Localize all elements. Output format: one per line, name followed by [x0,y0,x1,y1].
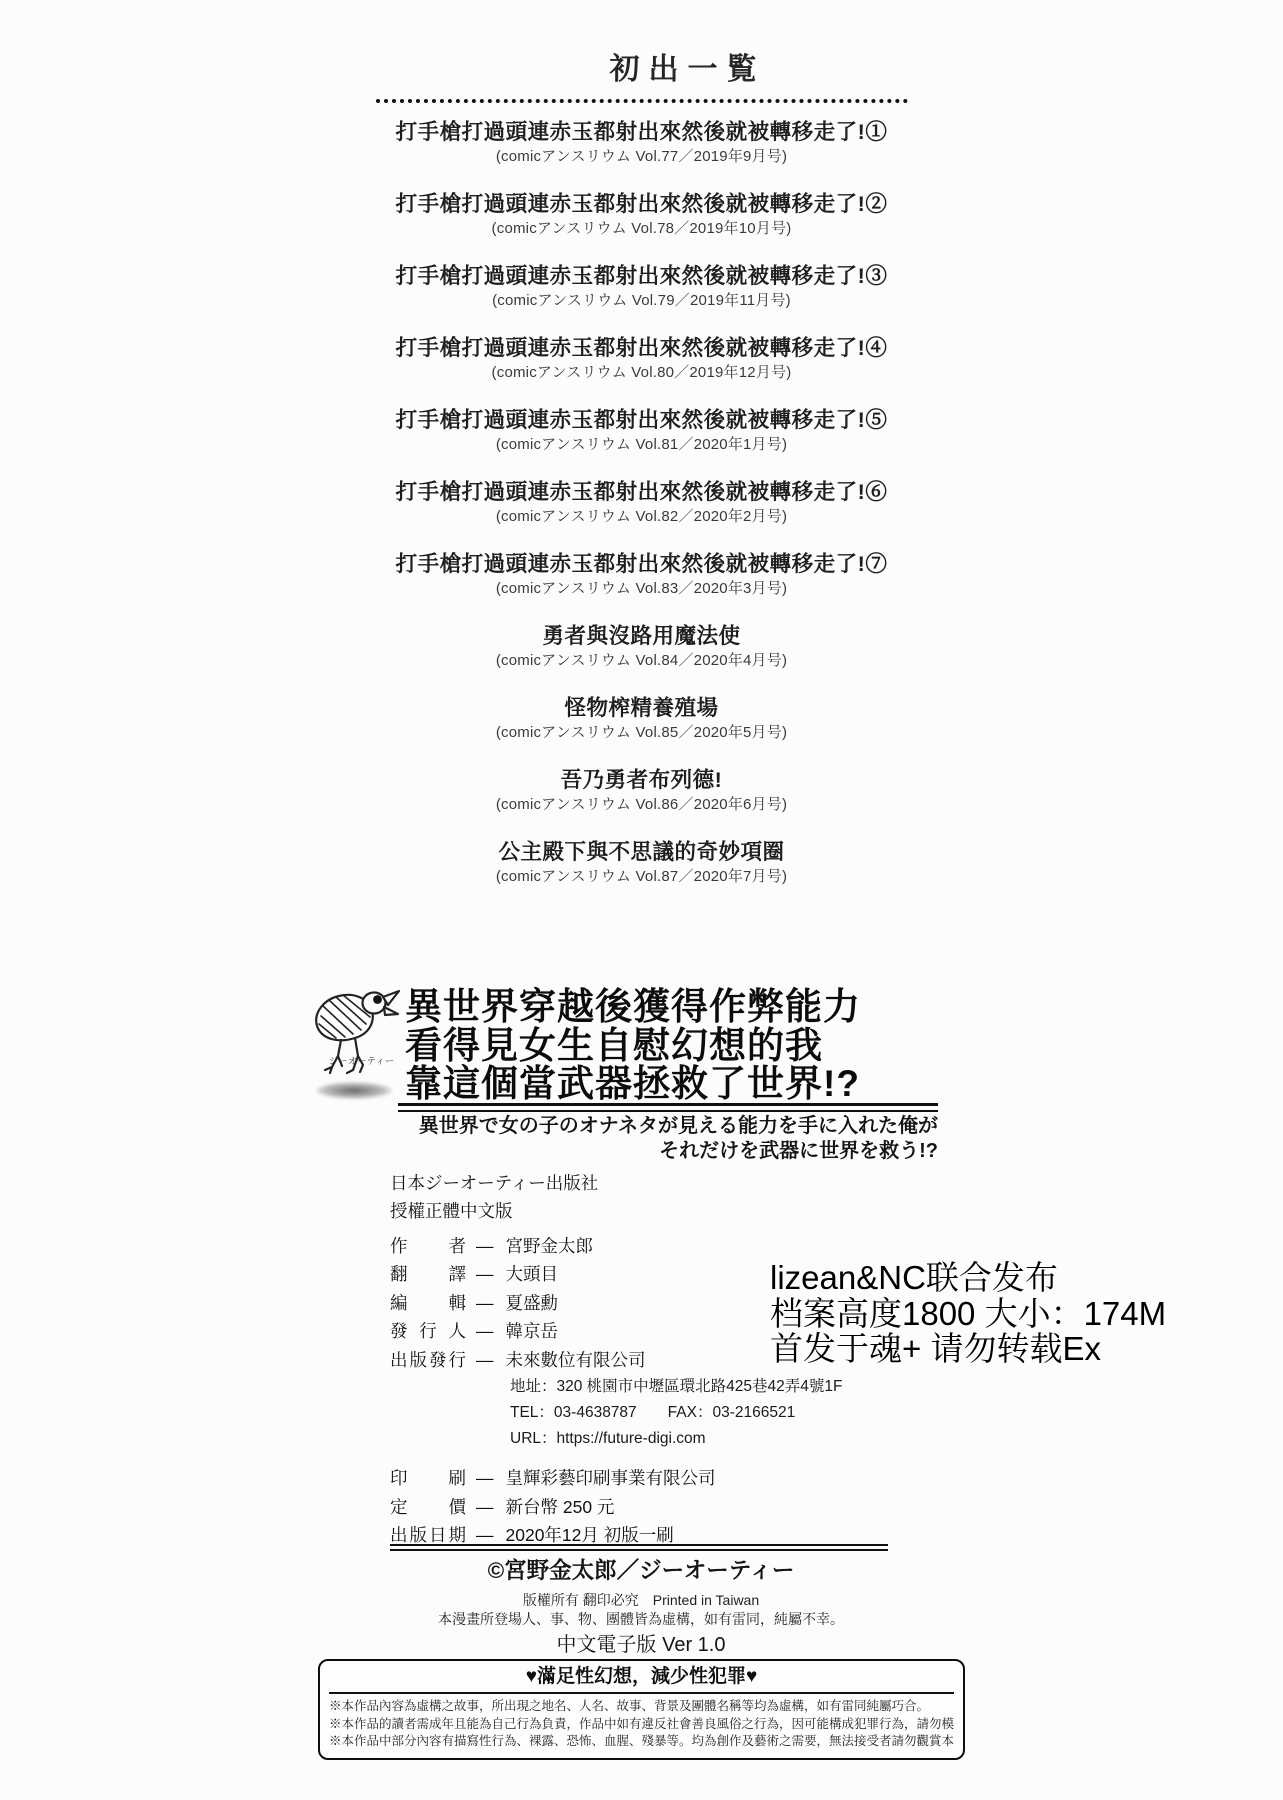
dotted-divider [376,99,908,103]
watermark-line: 首发于魂+ 请勿转载Ex [770,1331,1166,1367]
colophon-page: 初出一覧 打手槍打過頭連赤玉都射出來然後就被轉移走了!① (comicアンスリウ… [0,0,1283,1800]
watermark-line: 档案高度1800 大小：174M [770,1296,1166,1332]
japanese-subtitle-line: それだけを武器に世界を救う!? [398,1139,938,1164]
list-item: 打手槍打過頭連赤玉都射出來然後就被轉移走了!② (comicアンスリウム Vol… [0,191,1283,239]
credit-dash: — [476,1289,494,1317]
scanlation-watermark: lizean&NC联合发布 档案高度1800 大小：174M 首发于魂+ 请勿转… [770,1260,1166,1367]
list-item: 打手槍打過頭連赤玉都射出來然後就被轉移走了!① (comicアンスリウム Vol… [0,119,1283,167]
chapter-title: 打手槍打過頭連赤玉都射出來然後就被轉移走了!⑦ [0,551,1283,577]
chapter-title: 打手槍打過頭連赤玉都射出來然後就被轉移走了!③ [0,263,1283,289]
credit-dash: — [476,1346,494,1374]
url-line: URL：https://future-digi.com [510,1426,970,1452]
list-item: 打手槍打過頭連赤玉都射出來然後就被轉移走了!⑥ (comicアンスリウム Vol… [0,479,1283,527]
publisher-address: 地址：320 桃園市中壢區環北路425巷42弄4號1F TEL：03-46387… [510,1374,970,1451]
chapter-source: (comicアンスリウム Vol.86／2020年6月号) [0,794,1283,815]
chapter-title: 打手槍打過頭連赤玉都射出來然後就被轉移走了!⑤ [0,407,1283,433]
credit-row: 作者—宮野金太郎 [390,1232,970,1260]
chapter-title: 打手槍打過頭連赤玉都射出來然後就被轉移走了!① [0,119,1283,145]
list-item: 公主殿下與不思議的奇妙項圈 (comicアンスリウム Vol.87／2020年7… [0,839,1283,887]
credit-value: 大頭目 [506,1264,559,1284]
copyright-line: ©宮野金太郎／ジーオーティー [300,1556,982,1586]
credit-dash: — [476,1232,494,1260]
japanese-subtitle: 異世界で女の子のオナネタが見える能力を手に入れた俺が それだけを武器に世界を救う… [398,1114,938,1163]
chapter-title: 打手槍打過頭連赤玉都射出來然後就被轉移走了!⑥ [0,479,1283,505]
credit-value: 宮野金太郎 [506,1236,594,1256]
credit-value: 夏盛勳 [506,1293,559,1313]
chapter-source: (comicアンスリウム Vol.80／2019年12月号) [0,362,1283,383]
first-publication-list: 初出一覧 打手槍打過頭連赤玉都射出來然後就被轉移走了!① (comicアンスリウ… [0,44,1283,911]
bird-icon [303,986,403,1086]
copyright-block: ©宮野金太郎／ジーオーティー 版權所有 翻印必究 Printed in Taiw… [300,1556,982,1658]
fiction-disclaimer-line: 本漫畫所登場人、事、物、團體皆為虛構，如有雷同，純屬不幸。 [300,1610,982,1629]
got-bird-logo: ジーオーティー [303,986,403,1106]
book-title-line: 異世界穿越後獲得作弊能力 [405,988,861,1027]
list-item: 打手槍打過頭連赤玉都射出來然後就被轉移走了!⑦ (comicアンスリウム Vol… [0,551,1283,599]
list-item: 打手槍打過頭連赤玉都射出來然後就被轉移走了!⑤ (comicアンスリウム Vol… [0,407,1283,455]
rights-line: 版權所有 翻印必究 Printed in Taiwan [300,1591,982,1610]
print-credits: 印刷—皇輝彩藝印刷事業有限公司 定價—新台幣 250 元 出版日期—2020年1… [390,1464,970,1549]
chapter-title: 吾乃勇者布列德! [0,767,1283,793]
chapter-source: (comicアンスリウム Vol.79／2019年11月号) [0,290,1283,311]
title-divider [398,1103,938,1112]
japanese-subtitle-line: 異世界で女の子のオナネタが見える能力を手に入れた俺が [398,1114,938,1139]
first-publication-heading: 初出一覧 [46,44,1283,88]
disclaimer-heading: ♥滿足性幻想，減少性犯罪♥ [329,1664,954,1694]
book-title-line: 靠這個當武器拯救了世界!? [405,1065,861,1104]
chapter-title: 打手槍打過頭連赤玉都射出來然後就被轉移走了!④ [0,335,1283,361]
chapter-source: (comicアンスリウム Vol.82／2020年2月号) [0,506,1283,527]
credit-label: 作者 [390,1232,466,1260]
disclaimer-line: ※本作品內容為虛構之故事，所出現之地名、人名、故事、背景及團體名稱等均為虛構，如… [329,1698,954,1716]
credit-value: 2020年12月 初版一刷 [506,1525,674,1545]
list-item: 勇者與沒路用魔法使 (comicアンスリウム Vol.84／2020年4月号) [0,623,1283,671]
got-logo-text: ジーオーティー [329,1054,395,1067]
publisher-name: 日本ジーオーティー出版社 [390,1170,970,1198]
disclaimer-lines: ※本作品內容為虛構之故事，所出現之地名、人名、故事、背景及團體名稱等均為虛構，如… [329,1698,954,1751]
address-line: 地址：320 桃園市中壢區環北路425巷42弄4號1F [510,1374,970,1400]
book-title-line: 看得見女生自慰幻想的我 [405,1027,861,1066]
disclaimer-box: ♥滿足性幻想，減少性犯罪♥ ※本作品內容為虛構之故事，所出現之地名、人名、故事、… [318,1659,965,1760]
chapter-source: (comicアンスリウム Vol.77／2019年9月号) [0,146,1283,167]
credit-value: 皇輝彩藝印刷事業有限公司 [506,1468,716,1488]
chapter-source: (comicアンスリウム Vol.78／2019年10月号) [0,218,1283,239]
disclaimer-line: ※本作品中部分內容有描寫性行為、裸露、恐怖、血腥、殘暴等。均為創作及藝術之需要，… [329,1733,954,1751]
double-divider [390,1544,888,1551]
credit-dash: — [476,1317,494,1345]
chapter-title: 打手槍打過頭連赤玉都射出來然後就被轉移走了!② [0,191,1283,217]
credit-dash: — [476,1260,494,1288]
list-item: 吾乃勇者布列德! (comicアンスリウム Vol.86／2020年6月号) [0,767,1283,815]
version-line: 中文電子版 Ver 1.0 [300,1632,982,1658]
chapter-title: 勇者與沒路用魔法使 [0,623,1283,649]
chapter-title: 公主殿下與不思議的奇妙項圈 [0,839,1283,865]
book-title: 異世界穿越後獲得作弊能力 看得見女生自慰幻想的我 靠這個當武器拯救了世界!? [405,988,861,1104]
phone-line: TEL：03-4638787 FAX：03-2166521 [510,1400,970,1426]
list-item: 打手槍打過頭連赤玉都射出來然後就被轉移走了!④ (comicアンスリウム Vol… [0,335,1283,383]
credit-label: 出版發行 [390,1346,466,1374]
license-line: 授權正體中文版 [390,1198,970,1226]
credit-value: 新台幣 250 元 [506,1497,615,1517]
credit-row: 印刷—皇輝彩藝印刷事業有限公司 [390,1464,970,1492]
credit-dash: — [476,1464,494,1492]
watermark-line: lizean&NC联合发布 [770,1260,1166,1296]
list-item: 打手槍打過頭連赤玉都射出來然後就被轉移走了!③ (comicアンスリウム Vol… [0,263,1283,311]
chapter-source: (comicアンスリウム Vol.85／2020年5月号) [0,722,1283,743]
chapter-source: (comicアンスリウム Vol.84／2020年4月号) [0,650,1283,671]
chapter-source: (comicアンスリウム Vol.81／2020年1月号) [0,434,1283,455]
credit-label: 定價 [390,1493,466,1521]
list-item: 怪物榨精養殖場 (comicアンスリウム Vol.85／2020年5月号) [0,695,1283,743]
chapter-title: 怪物榨精養殖場 [0,695,1283,721]
disclaimer-line: ※本作品的讀者需成年且能為自己行為負責，作品中如有違反社會善良風俗之行為，因可能… [329,1716,954,1734]
chapter-source: (comicアンスリウム Vol.87／2020年7月号) [0,866,1283,887]
credit-value: 韓京岳 [506,1321,559,1341]
credit-value: 未來數位有限公司 [506,1350,646,1370]
chapter-source: (comicアンスリウム Vol.83／2020年3月号) [0,578,1283,599]
credit-label: 翻譯 [390,1260,466,1288]
credit-row: 定價—新台幣 250 元 [390,1493,970,1521]
credit-label: 發行人 [390,1317,466,1345]
credit-label: 編輯 [390,1289,466,1317]
credit-label: 印刷 [390,1464,466,1492]
credit-dash: — [476,1493,494,1521]
logo-shadow [316,1082,392,1099]
